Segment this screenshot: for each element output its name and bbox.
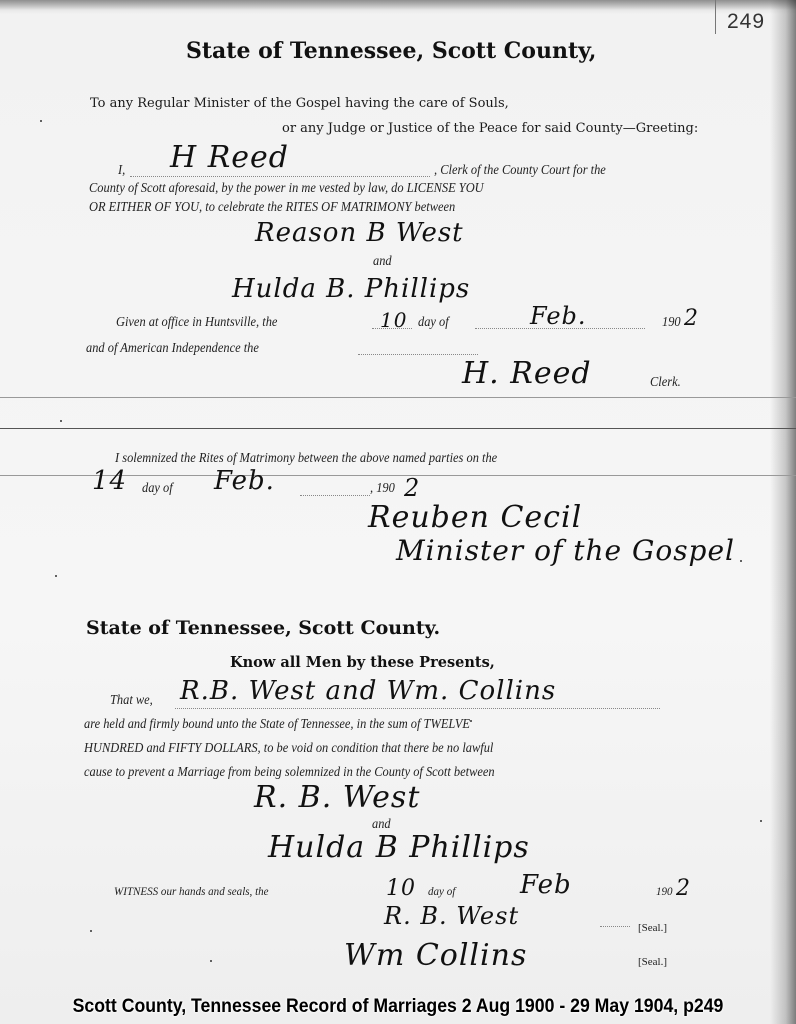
bond-title: State of Tennessee, Scott County. (86, 617, 440, 639)
license-divider-thin (0, 397, 796, 398)
clerk-intro: I, (118, 162, 125, 178)
paper-speck (760, 820, 762, 822)
signature-surety: Wm Collins (344, 938, 527, 973)
bond-bride-handwritten: Hulda B Phillips (268, 830, 530, 865)
witness-year-suffix: 2 (676, 876, 691, 901)
paper-speck (740, 560, 742, 562)
clerk-signature: H. Reed (462, 356, 592, 391)
given-day-of-label: day of (418, 314, 449, 330)
solemnization-day-of-label: day of (142, 480, 173, 496)
clerk-text-line3: OR EITHER OF YOU, to celebrate the RITES… (89, 199, 455, 215)
solemnization-text: I solemnized the Rites of Matrimony betw… (115, 450, 497, 466)
license-and-label: and (373, 253, 392, 269)
clerk-name-line (130, 176, 430, 177)
bond-that-we: That we, (110, 692, 153, 708)
paper-speck (90, 930, 92, 932)
signature-groom: R. B. West (384, 902, 519, 930)
obligors-handwritten: R.B. West and Wm. Collins (180, 676, 556, 706)
solemnization-year-line (300, 495, 370, 496)
given-day: 10 (380, 308, 407, 332)
witness-year-prefix: 190 (656, 884, 673, 899)
seal-label-1: [Seal.] (638, 922, 667, 934)
witness-day: 10 (386, 876, 416, 901)
paper-speck (470, 720, 472, 722)
obligors-line (175, 708, 660, 709)
witness-text: WITNESS our hands and seals, the (114, 884, 269, 899)
independence-text: and of American Independence the (86, 340, 259, 356)
clerk-name-handwritten: H Reed (170, 140, 289, 175)
groom-name-handwritten: Reason B West (255, 218, 464, 248)
bond-subtitle: Know all Men by these Presents, (230, 654, 495, 671)
solemnization-year-prefix: , 190 (370, 480, 395, 496)
page-right-shadow (770, 0, 796, 1024)
bond-text-line3: cause to prevent a Marriage from being s… (84, 764, 495, 780)
officiant-name: Reuben Cecil (368, 500, 582, 535)
page-number-divider (715, 0, 716, 34)
officiant-title: Minister of the Gospel (396, 534, 735, 567)
license-title: State of Tennessee, Scott County, (186, 38, 596, 64)
document-page: 249 State of Tennessee, Scott County, To… (0, 0, 796, 1024)
clerk-text-line2: County of Scott aforesaid, by the power … (89, 180, 484, 196)
bond-groom-handwritten: R. B. West (254, 780, 420, 815)
license-greeting-line1: To any Regular Minister of the Gospel ha… (90, 96, 509, 111)
clerk-label: Clerk. (650, 374, 681, 390)
given-year-suffix: 2 (684, 306, 699, 331)
given-year-prefix: 190 (662, 314, 681, 330)
solemnization-month: Feb. (214, 466, 275, 496)
paper-speck (60, 420, 62, 422)
bride-name-handwritten: Hulda B. Phillips (232, 274, 470, 304)
independence-line (358, 354, 478, 355)
page-top-shadow (0, 0, 796, 10)
given-at-office-text: Given at office in Huntsville, the (116, 314, 277, 330)
witness-day-of-label: day of (428, 884, 455, 899)
section-divider (0, 428, 796, 429)
paper-speck (40, 120, 42, 122)
license-greeting-line2: or any Judge or Justice of the Peace for… (282, 121, 698, 136)
witness-month: Feb (520, 870, 572, 900)
clerk-text-line1: , Clerk of the County Court for the (434, 162, 606, 178)
bond-text-line2: HUNDRED and FIFTY DOLLARS, to be void on… (84, 740, 493, 756)
paper-speck (210, 960, 212, 962)
paper-speck (55, 575, 57, 577)
given-month: Feb. (530, 302, 587, 330)
seal-line1 (600, 926, 630, 927)
solemnization-day: 14 (92, 466, 127, 496)
bond-text-line1: are held and firmly bound unto the State… (84, 716, 470, 732)
solemnization-year-suffix: 2 (404, 474, 420, 502)
page-number: 249 (727, 10, 765, 34)
seal-label-2: [Seal.] (638, 956, 667, 968)
record-caption: Scott County, Tennessee Record of Marria… (28, 992, 768, 1024)
